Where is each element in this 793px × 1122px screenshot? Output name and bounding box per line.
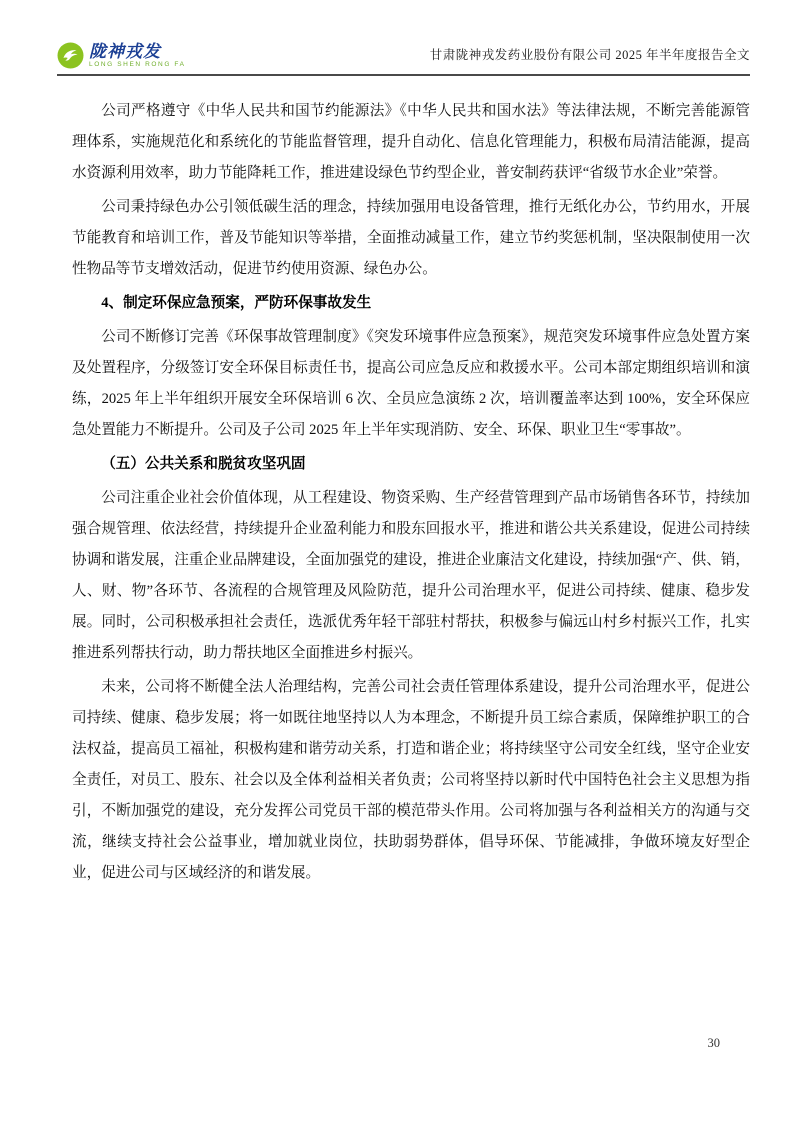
- report-page: 陇神戎发 LONG SHEN RONG FA 甘肃陇神戎发药业股份有限公司 20…: [0, 0, 793, 1122]
- paragraph-social-value: 公司注重企业社会价值体现，从工程建设、物资采购、生产经营管理到产品市场销售各环节…: [72, 483, 750, 669]
- page-number: 30: [708, 1036, 721, 1051]
- heading-emergency-plan: 4、制定环保应急预案，严防环保事故发生: [72, 288, 750, 319]
- brand-name-cn: 陇神戎发: [89, 43, 186, 60]
- company-logo: 陇神戎发 LONG SHEN RONG FA: [57, 42, 186, 69]
- paragraph-future-outlook: 未来，公司将不断健全法人治理结构，完善公司社会责任管理体系建设，提升公司治理水平…: [72, 672, 750, 889]
- paragraph-energy-law: 公司严格遵守《中华人民共和国节约能源法》《中华人民共和国水法》等法律法规，不断完…: [72, 96, 750, 189]
- page-header: 陇神戎发 LONG SHEN RONG FA 甘肃陇神戎发药业股份有限公司 20…: [57, 42, 750, 76]
- paragraph-emergency-detail: 公司不断修订完善《环保事故管理制度》《突发环境事件应急预案》，规范突发环境事件应…: [72, 322, 750, 446]
- report-header-title: 甘肃陇神戎发药业股份有限公司 2025 年半年度报告全文: [430, 45, 750, 69]
- paragraph-green-office: 公司秉持绿色办公引领低碳生活的理念，持续加强用电设备管理，推行无纸化办公，节约用…: [72, 192, 750, 285]
- bird-in-circle-icon: [57, 42, 84, 69]
- report-body: 公司严格遵守《中华人民共和国节约能源法》《中华人民共和国水法》等法律法规，不断完…: [72, 96, 750, 892]
- heading-public-relations: （五）公共关系和脱贫攻坚巩固: [72, 449, 750, 480]
- brand-name-en: LONG SHEN RONG FA: [89, 62, 186, 69]
